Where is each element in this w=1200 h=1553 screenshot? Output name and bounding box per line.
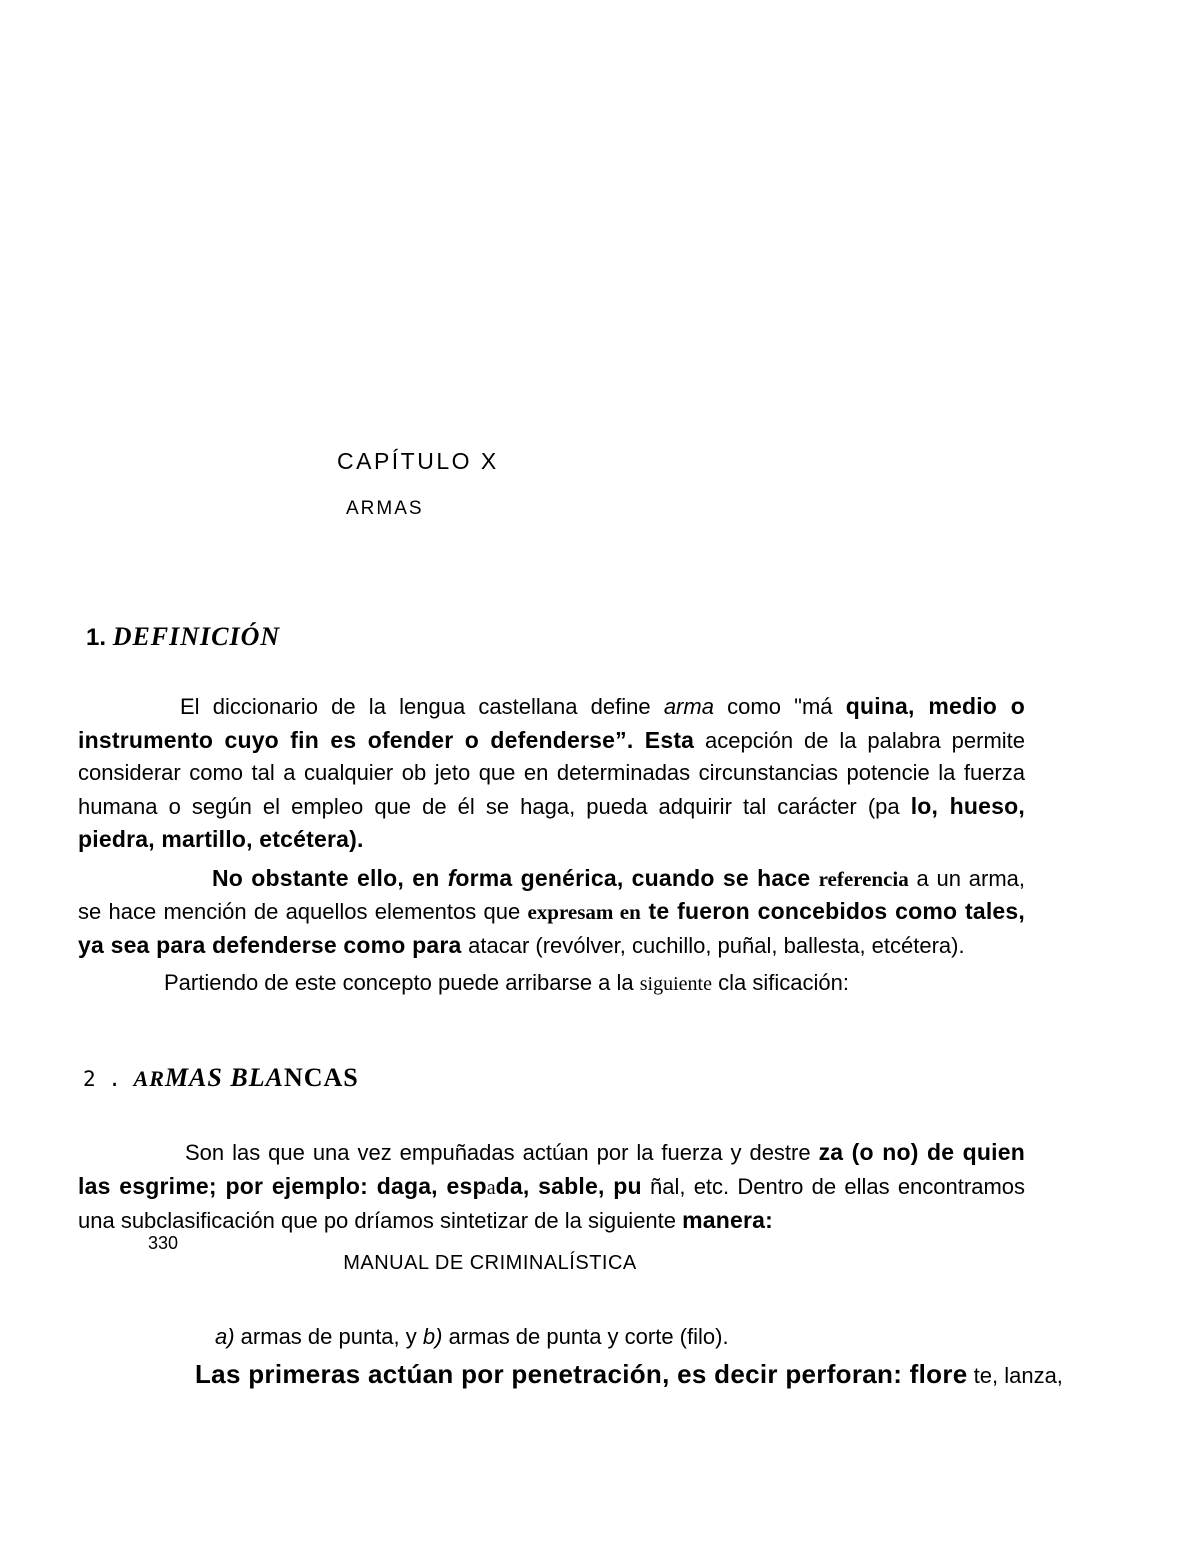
text-segment: arma: [664, 694, 714, 719]
page-number: 330: [148, 1233, 178, 1254]
text-segment: atacar (revólver, cuchillo, puñal, balle…: [468, 933, 964, 958]
text-segment: NCAS: [284, 1063, 359, 1092]
text-segment: expresam en: [527, 900, 640, 924]
text-segment: manera:: [682, 1207, 773, 1233]
section-definicion-body: El diccionario de la lengua castellana d…: [78, 690, 1025, 1001]
text-segment: a: [487, 1177, 496, 1199]
text-segment: 2 .: [83, 1067, 134, 1091]
chapter-title: CAPÍTULO X: [337, 448, 499, 475]
text-segment: orma genérica, cuando se hace: [455, 865, 818, 891]
paragraph-definicion-3: Partiendo de este concepto puede arribar…: [78, 967, 1025, 1001]
section-armas-blancas-continued: a) armas de punta, y b) armas de punta y…: [78, 1322, 1078, 1394]
text-segment: DEFINICIÓN: [113, 622, 281, 651]
text-segment: MAS BLA: [165, 1063, 284, 1092]
text-segment: El diccionario de la lengua castellana d…: [180, 694, 664, 719]
text-segment: AR: [134, 1066, 165, 1091]
section-heading-armas-blancas: 2 . ARMAS BLANCAS: [83, 1063, 359, 1093]
running-title: MANUAL DE CRIMINALÍSTICA: [0, 1252, 980, 1275]
section-heading-definicion: 1. DEFINICIÓN: [86, 622, 280, 652]
paragraph-armas-blancas-2: Las primeras actúan por penetración, es …: [78, 1356, 1078, 1394]
document-page: CAPÍTULO X ARMAS 1. DEFINICIÓN El diccio…: [0, 0, 1200, 1553]
text-segment: armas de punta, y: [235, 1324, 423, 1349]
text-segment: a): [215, 1324, 235, 1349]
text-segment: armas de punta y corte (filo).: [442, 1324, 728, 1349]
text-segment: 1.: [86, 624, 113, 651]
text-segment: da, sable, pu: [496, 1173, 642, 1199]
text-segment: b): [423, 1324, 443, 1349]
text-segment: Partiendo de este concepto puede arribar…: [164, 970, 640, 995]
chapter-subtitle: ARMAS: [346, 498, 424, 520]
paragraph-definicion-2: No obstante ello, en forma genérica, cua…: [78, 862, 1025, 963]
text-segment: Las primeras actúan por penetración, es …: [195, 1359, 968, 1389]
section-armas-blancas-body: Son las que una vez empuñadas actúan por…: [78, 1136, 1025, 1238]
paragraph-armas-blancas-1: Son las que una vez empuñadas actúan por…: [78, 1136, 1025, 1238]
list-line-punta-y-corte: a) armas de punta, y b) armas de punta y…: [78, 1322, 1078, 1352]
text-segment: No obstante ello, en: [212, 865, 448, 891]
text-segment: referencia: [819, 867, 909, 891]
text-segment: Son las que una vez empuñadas actúan por…: [185, 1140, 819, 1165]
text-segment: cla sificación:: [712, 970, 849, 995]
text-segment: como "má: [714, 694, 846, 719]
text-segment: siguiente: [640, 973, 712, 995]
paragraph-definicion-1: El diccionario de la lengua castellana d…: [78, 690, 1025, 857]
text-segment: te, lanza,: [968, 1363, 1063, 1388]
